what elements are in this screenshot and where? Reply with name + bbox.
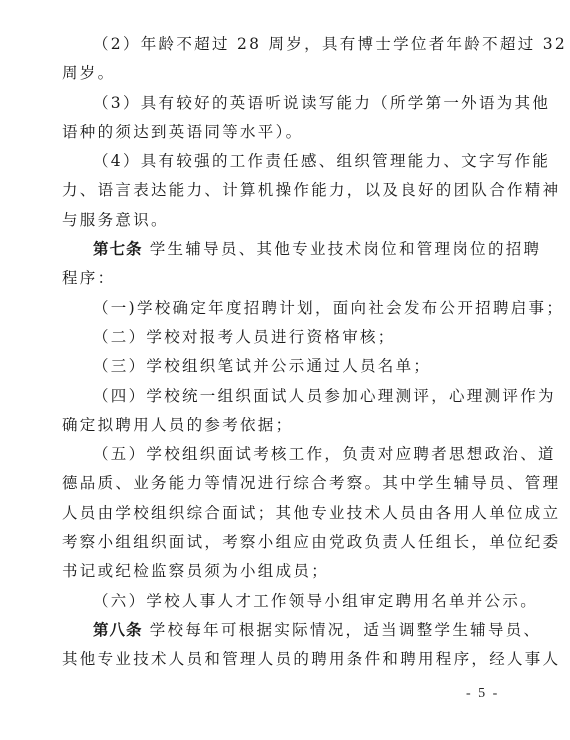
line-text: 其他专业技术人员和管理人员的聘用条件和聘用程序，经人事人: [62, 650, 560, 668]
line-text: （六）学校人事人才工作领导小组审定聘用名单并公示。: [93, 592, 538, 610]
step-1-line: （一)学校确定年度招聘计划，面向社会发布公开招聘启事；: [62, 294, 508, 323]
item-3-line: 语种的须达到英语同等水平）。: [62, 118, 508, 147]
line-text: （五）学校组织面试考核工作，负责对应聘者思想政治、道: [93, 445, 556, 463]
line-text: 人员由学校组织综合面试；其他专业技术人员由各用人单位成立: [62, 504, 560, 522]
line-text: （一)学校确定年度招聘计划，面向社会发布公开招聘启事；: [93, 299, 564, 317]
line-text: （3）具有较好的英语听说读写能力（所学第一外语为其他: [93, 94, 550, 112]
document-page: （2）年龄不超过 28 周岁，具有博士学位者年龄不超过 32周岁。（3）具有较好…: [62, 30, 508, 675]
step-3-line: （三）学校组织笔试并公示通过人员名单；: [62, 352, 508, 381]
step-5-line: （五）学校组织面试考核工作，负责对应聘者思想政治、道: [62, 440, 508, 469]
step-4-line: 确定拟聘用人员的参考依据；: [62, 411, 508, 440]
step-2-line: （二）学校对报考人员进行资格审核；: [62, 323, 508, 352]
line-text: 德品质、业务能力等情况进行综合考察。其中学生辅导员、管理: [62, 474, 560, 492]
article-8-line: 其他专业技术人员和管理人员的聘用条件和聘用程序，经人事人: [62, 645, 508, 674]
step-5-line: 考察小组组织面试，考察小组应由党政负责人任组长，单位纪委: [62, 528, 508, 557]
line-text: 语种的须达到英语同等水平）。: [62, 123, 303, 141]
line-text: （4）具有较强的工作责任感、组织管理能力、文字写作能: [93, 152, 550, 170]
item-2-line: （2）年龄不超过 28 周岁，具有博士学位者年龄不超过 32: [62, 30, 508, 59]
line-text: （二）学校对报考人员进行资格审核；: [93, 328, 396, 346]
line-text: 周岁。: [62, 64, 115, 82]
page-number: - 5 -: [466, 686, 499, 702]
line-text: （四）学校统一组织面试人员参加心理测评，心理测评作为: [93, 387, 556, 405]
line-text: （三）学校组织笔试并公示通过人员名单；: [93, 357, 431, 375]
line-text: 与服务意识。: [62, 211, 169, 229]
line-text: 学生辅导员、其他专业技术岗位和管理岗位的招聘: [143, 240, 542, 258]
step-4-line: （四）学校统一组织面试人员参加心理测评，心理测评作为: [62, 382, 508, 411]
line-text: 考察小组组织面试，考察小组应由党政负责人任组长，单位纪委: [62, 533, 560, 551]
item-4-line: 力、语言表达能力、计算机操作能力，以及良好的团队合作精神: [62, 176, 508, 205]
item-4-line: （4）具有较强的工作责任感、组织管理能力、文字写作能: [62, 147, 508, 176]
article-heading: 第八条: [93, 621, 143, 639]
article-7-line: 程序：: [62, 264, 508, 293]
line-text: 书记或纪检监察员须为小组成员；: [62, 562, 329, 580]
article-8-line: 第八条 学校每年可根据实际情况，适当调整学生辅导员、: [62, 616, 508, 645]
article-heading: 第七条: [93, 240, 143, 258]
article-7-line: 第七条 学生辅导员、其他专业技术岗位和管理岗位的招聘: [62, 235, 508, 264]
line-text: 程序：: [62, 269, 115, 287]
step-5-line: 人员由学校组织综合面试；其他专业技术人员由各用人单位成立: [62, 499, 508, 528]
step-5-line: 德品质、业务能力等情况进行综合考察。其中学生辅导员、管理: [62, 469, 508, 498]
line-text: 力、语言表达能力、计算机操作能力，以及良好的团队合作精神: [62, 181, 560, 199]
line-text: 学校每年可根据实际情况，适当调整学生辅导员、: [143, 621, 542, 639]
step-6-line: （六）学校人事人才工作领导小组审定聘用名单并公示。: [62, 587, 508, 616]
item-4-line: 与服务意识。: [62, 206, 508, 235]
step-5-line: 书记或纪检监察员须为小组成员；: [62, 557, 508, 586]
line-text: 确定拟聘用人员的参考依据；: [62, 416, 293, 434]
item-2-line: 周岁。: [62, 59, 508, 88]
item-3-line: （3）具有较好的英语听说读写能力（所学第一外语为其他: [62, 89, 508, 118]
line-text: （2）年龄不超过 28 周岁，具有博士学位者年龄不超过 32: [93, 35, 567, 53]
